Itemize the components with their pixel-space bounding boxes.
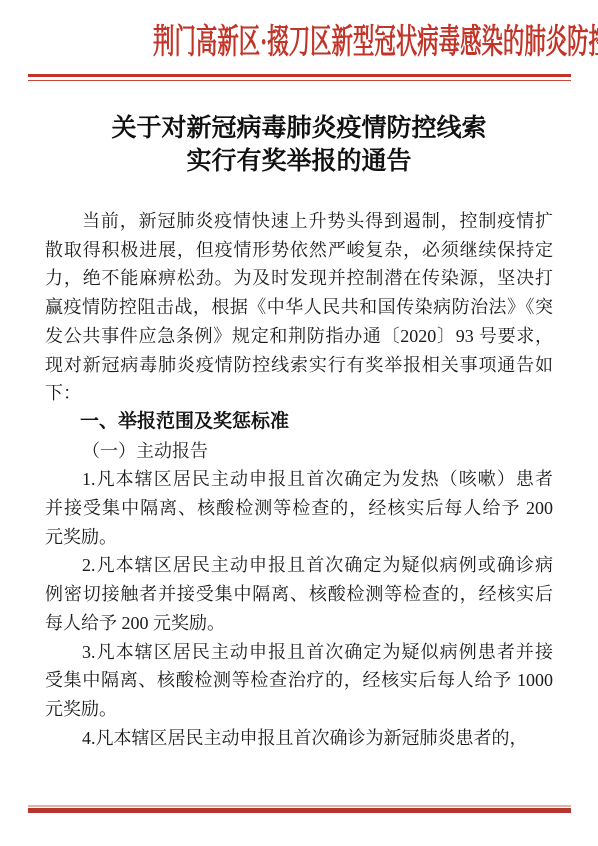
body-line: 并接受集中隔离、核酸检测等检查的，经核实后每人给予 200 — [45, 494, 553, 523]
body-line: 3.凡本辖区居民主动申报且首次确定为疑似病例患者并接 — [45, 638, 553, 667]
intro-paragraph: 当前，新冠肺炎疫情快速上升势头得到遏制，控制疫情扩散取得积极进展，但疫情形势依然… — [45, 207, 553, 408]
body-line: （一）主动报告 — [45, 437, 553, 466]
footer-rule-thin — [28, 805, 571, 807]
body-line: 例密切接触者并接受集中隔离、核酸检测等检查的，经核实后 — [45, 580, 553, 609]
body-line: 4.凡本辖区居民主动申报且首次确诊为新冠肺炎患者的， — [45, 724, 553, 753]
reward-item-2: 2.凡本辖区居民主动申报且首次确定为疑似病例或确诊病例密切接触者并接受集中隔离、… — [45, 551, 553, 637]
body-line: 现对新冠病毒肺炎疫情防控线索实行有奖举报相关事项通告如 — [45, 351, 553, 380]
reward-item-3: 3.凡本辖区居民主动申报且首次确定为疑似病例患者并接受集中隔离、核酸检测等检查治… — [45, 638, 553, 724]
body-line: 发公共事件应急条例》规定和荆防指办通〔2020〕93 号要求， — [45, 322, 553, 351]
reward-item-4: 4.凡本辖区居民主动申报且首次确诊为新冠肺炎患者的， — [45, 724, 553, 753]
letterhead-agency-title: 荆门高新区·掇刀区新型冠状病毒感染的肺炎防控指挥部 — [153, 20, 598, 66]
reward-item-1: 1.凡本辖区居民主动申报且首次确定为发热（咳嗽）患者并接受集中隔离、核酸检测等检… — [45, 465, 553, 551]
document-title: 关于对新冠病毒肺炎疫情防控线索 实行有奖举报的通告 — [0, 112, 598, 178]
document-page: 荆门高新区·掇刀区新型冠状病毒感染的肺炎防控指挥部 关于对新冠病毒肺炎疫情防控线… — [0, 0, 598, 846]
letterhead-rule-thick — [28, 74, 571, 78]
body-line: 元奖励。 — [45, 695, 553, 724]
body-line: 下： — [45, 379, 553, 408]
body-line: 1.凡本辖区居民主动申报且首次确定为发热（咳嗽）患者 — [45, 465, 553, 494]
body-line: 散取得积极进展，但疫情形势依然严峻复杂，必须继续保持定 — [45, 236, 553, 265]
document-body: 当前，新冠肺炎疫情快速上升势头得到遏制，控制疫情扩散取得积极进展，但疫情形势依然… — [45, 207, 553, 752]
document-title-line2: 实行有奖举报的通告 — [0, 145, 598, 178]
body-line: 元奖励。 — [45, 523, 553, 552]
body-line: 受集中隔离、核酸检测等检查治疗的，经核实后每人给予 1000 — [45, 666, 553, 695]
body-line: 力，绝不能麻痹松劲。为及时发现并控制潜在传染源，坚决打 — [45, 264, 553, 293]
letterhead: 荆门高新区·掇刀区新型冠状病毒感染的肺炎防控指挥部 — [0, 20, 598, 66]
body-line: 2.凡本辖区居民主动申报且首次确定为疑似病例或确诊病 — [45, 551, 553, 580]
body-line: 每人给予 200 元奖励。 — [45, 609, 553, 638]
footer-rule-thick — [28, 808, 571, 813]
body-line: 赢疫情防控阻击战，根据《中华人民共和国传染病防治法》《突 — [45, 293, 553, 322]
section-1-1-heading: （一）主动报告 — [45, 437, 553, 466]
document-title-line1: 关于对新冠病毒肺炎疫情防控线索 — [0, 112, 598, 145]
letterhead-rule-thin — [28, 80, 571, 82]
section-1-heading: 一、举报范围及奖惩标准 — [45, 408, 553, 437]
body-line: 一、举报范围及奖惩标准 — [45, 408, 553, 437]
body-line: 当前，新冠肺炎疫情快速上升势头得到遏制，控制疫情扩 — [45, 207, 553, 236]
